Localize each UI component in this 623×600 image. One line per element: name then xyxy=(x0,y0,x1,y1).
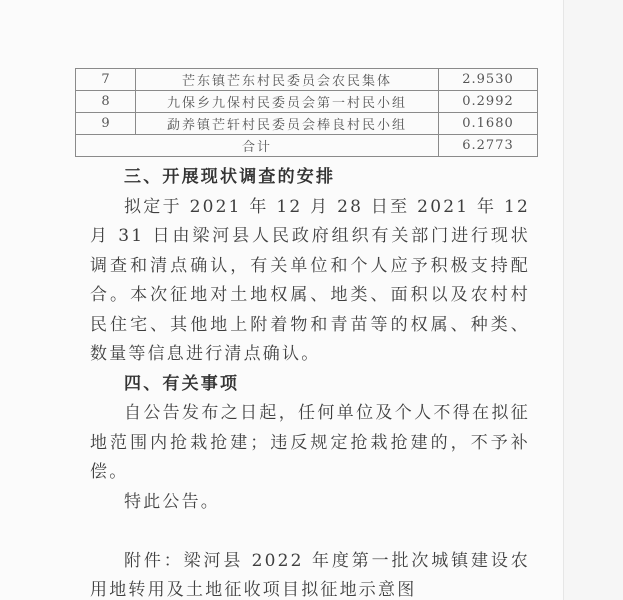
owner-name: 九保乡九保村民委员会第一村民小组 xyxy=(136,91,439,113)
table-total-row: 合计 6.2773 xyxy=(76,135,538,157)
table-row: 8 九保乡九保村民委员会第一村民小组 0.2992 xyxy=(76,91,538,113)
row-number: 9 xyxy=(76,113,136,135)
total-label: 合计 xyxy=(76,135,439,157)
area-value: 2.9530 xyxy=(439,69,538,91)
row-number: 8 xyxy=(76,91,136,113)
total-area-value: 6.2773 xyxy=(439,135,538,157)
table-row: 7 芒东镇芒东村民委员会农民集体 2.9530 xyxy=(76,69,538,91)
section-3-heading: 三、开展现状调查的安排 xyxy=(90,163,530,193)
section-4-paragraph: 自公告发布之日起，任何单位及个人不得在拟征地范围内抢栽抢建；违反规定抢栽抢建的，… xyxy=(90,399,530,488)
table-row: 9 勐养镇芒轩村民委员会棒良村民小组 0.1680 xyxy=(76,113,538,135)
row-number: 7 xyxy=(76,69,136,91)
closing-line: 特此公告。 xyxy=(90,488,530,518)
document-page: 7 芒东镇芒东村民委员会农民集体 2.9530 8 九保乡九保村民委员会第一村民… xyxy=(0,0,564,600)
section-4-heading: 四、有关事项 xyxy=(90,370,530,400)
land-acquisition-table: 7 芒东镇芒东村民委员会农民集体 2.9530 8 九保乡九保村民委员会第一村民… xyxy=(75,68,538,157)
owner-name: 芒东镇芒东村民委员会农民集体 xyxy=(136,69,439,91)
owner-name: 勐养镇芒轩村民委员会棒良村民小组 xyxy=(136,113,439,135)
section-3-paragraph: 拟定于 2021 年 12 月 28 日至 2021 年 12 月 31 日由梁… xyxy=(90,193,530,370)
attachment-note: 附件：梁河县 2022 年度第一批次城镇建设农用地转用及土地征收项目拟征地示意图 xyxy=(90,547,530,600)
area-value: 0.2992 xyxy=(439,91,538,113)
page-margin xyxy=(564,0,623,600)
blank-line xyxy=(90,517,530,547)
notice-body: 三、开展现状调查的安排 拟定于 2021 年 12 月 28 日至 2021 年… xyxy=(90,163,530,600)
area-value: 0.1680 xyxy=(439,113,538,135)
